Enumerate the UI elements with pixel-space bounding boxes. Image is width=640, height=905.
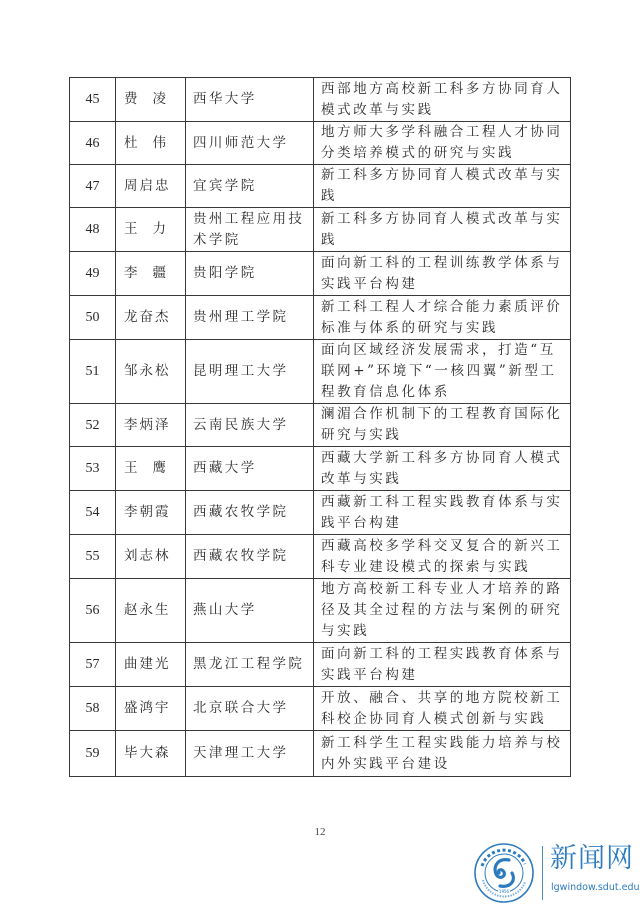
row-number: 55	[70, 535, 116, 579]
table-row: 51 邹永松 昆明理工大学 面向区域经济发展需求，打造“互联网+”环境下“一核四…	[70, 340, 571, 404]
svg-text:1956: 1956	[499, 889, 510, 894]
table-row: 50 龙奋杰 贵州理工学院 新工科工程人才综合能力素质评价标准与体系的研究与实践	[70, 296, 571, 340]
person-name: 费凌	[116, 78, 186, 122]
person-name: 李朝霞	[116, 491, 186, 535]
table-row: 47 周启忠 宜宾学院 新工科多方协同育人模式改革与实践	[70, 165, 571, 208]
person-name: 毕大森	[116, 731, 186, 777]
school-name: 贵州理工学院	[186, 296, 314, 340]
project-title: 西部地方高校新工科多方协同育人模式改革与实践	[314, 78, 571, 122]
person-name: 王鹰	[116, 447, 186, 491]
table-row: 46 杜伟 四川师范大学 地方师大多学科融合工程人才协同分类培养模式的研究与实践	[70, 122, 571, 165]
person-name: 李疆	[116, 252, 186, 296]
project-title: 西藏新工科工程实践教育体系与实践平台构建	[314, 491, 571, 535]
project-title: 面向区域经济发展需求，打造“互联网+”环境下“一核四翼”新型工程教育信息化体系	[314, 340, 571, 404]
table-row: 52 李炳泽 云南民族大学 澜湄合作机制下的工程教育国际化研究与实践	[70, 404, 571, 447]
person-name: 刘志林	[116, 535, 186, 579]
table-row: 56 赵永生 燕山大学 地方高校新工科专业人才培养的路径及其全过程的方法与案例的…	[70, 579, 571, 643]
project-title: 新工科多方协同育人模式改革与实践	[314, 165, 571, 208]
person-name: 龙奋杰	[116, 296, 186, 340]
table-row: 59 毕大森 天津理工大学 新工科学生工程实践能力培养与校内外实践平台建设	[70, 731, 571, 777]
row-number: 49	[70, 252, 116, 296]
project-title: 新工科多方协同育人模式改革与实践	[314, 208, 571, 252]
project-title: 面向新工科的工程实践教育体系与实践平台构建	[314, 643, 571, 687]
row-number: 51	[70, 340, 116, 404]
school-name: 昆明理工大学	[186, 340, 314, 404]
school-name: 四川师范大学	[186, 122, 314, 165]
person-name: 周启忠	[116, 165, 186, 208]
table-row: 49 李疆 贵阳学院 面向新工科的工程训练教学体系与实践平台构建	[70, 252, 571, 296]
school-name: 天津理工大学	[186, 731, 314, 777]
project-title: 新工科学生工程实践能力培养与校内外实践平台建设	[314, 731, 571, 777]
row-number: 46	[70, 122, 116, 165]
person-name: 曲建光	[116, 643, 186, 687]
page-number: 12	[0, 826, 640, 838]
project-title: 澜湄合作机制下的工程教育国际化研究与实践	[314, 404, 571, 447]
row-number: 48	[70, 208, 116, 252]
row-number: 54	[70, 491, 116, 535]
school-name: 燕山大学	[186, 579, 314, 643]
project-title: 面向新工科的工程训练教学体系与实践平台构建	[314, 252, 571, 296]
table-row: 54 李朝霞 西藏农牧学院 西藏新工科工程实践教育体系与实践平台构建	[70, 491, 571, 535]
person-name: 李炳泽	[116, 404, 186, 447]
school-name: 西藏农牧学院	[186, 535, 314, 579]
person-name: 杜伟	[116, 122, 186, 165]
project-title: 开放、融合、共享的地方院校新工科校企协同育人模式创新与实践	[314, 687, 571, 731]
row-number: 50	[70, 296, 116, 340]
row-number: 53	[70, 447, 116, 491]
school-name: 宜宾学院	[186, 165, 314, 208]
row-number: 57	[70, 643, 116, 687]
row-number: 59	[70, 731, 116, 777]
table-row: 48 王力 贵州工程应用技术学院 新工科多方协同育人模式改革与实践	[70, 208, 571, 252]
project-title: 西藏大学新工科多方协同育人模式改革与实践	[314, 447, 571, 491]
news-site-watermark: 1956 新闻网 lgwindow.sdut.edu.cn	[470, 842, 640, 902]
project-title: 西藏高校多学科交叉复合的新兴工科专业建设模式的探索与实践	[314, 535, 571, 579]
table-row: 57 曲建光 黑龙江工程学院 面向新工科的工程实践教育体系与实践平台构建	[70, 643, 571, 687]
news-site-brand: 新闻网	[550, 843, 634, 875]
school-name: 贵阳学院	[186, 252, 314, 296]
school-name: 西藏农牧学院	[186, 491, 314, 535]
row-number: 45	[70, 78, 116, 122]
person-name: 邹永松	[116, 340, 186, 404]
table-row: 58 盛鸿宇 北京联合大学 开放、融合、共享的地方院校新工科校企协同育人模式创新…	[70, 687, 571, 731]
table-row: 53 王鹰 西藏大学 西藏大学新工科多方协同育人模式改革与实践	[70, 447, 571, 491]
school-name: 贵州工程应用技术学院	[186, 208, 314, 252]
document-page: 45 费凌 西华大学 西部地方高校新工科多方协同育人模式改革与实践 46 杜伟 …	[0, 0, 640, 905]
project-title: 地方高校新工科专业人才培养的路径及其全过程的方法与案例的研究与实践	[314, 579, 571, 643]
person-name: 盛鸿宇	[116, 687, 186, 731]
row-number: 56	[70, 579, 116, 643]
school-name: 西华大学	[186, 78, 314, 122]
project-list-table: 45 费凌 西华大学 西部地方高校新工科多方协同育人模式改革与实践 46 杜伟 …	[69, 77, 571, 777]
person-name: 赵永生	[116, 579, 186, 643]
person-name: 王力	[116, 208, 186, 252]
school-name: 黑龙江工程学院	[186, 643, 314, 687]
row-number: 52	[70, 404, 116, 447]
row-number: 47	[70, 165, 116, 208]
university-emblem-icon: 1956	[473, 842, 535, 904]
logo-divider	[542, 846, 543, 900]
table-row: 45 费凌 西华大学 西部地方高校新工科多方协同育人模式改革与实践	[70, 78, 571, 122]
project-title: 新工科工程人才综合能力素质评价标准与体系的研究与实践	[314, 296, 571, 340]
news-site-url: lgwindow.sdut.edu.cn	[551, 882, 640, 893]
row-number: 58	[70, 687, 116, 731]
school-name: 北京联合大学	[186, 687, 314, 731]
project-title: 地方师大多学科融合工程人才协同分类培养模式的研究与实践	[314, 122, 571, 165]
school-name: 西藏大学	[186, 447, 314, 491]
school-name: 云南民族大学	[186, 404, 314, 447]
table-row: 55 刘志林 西藏农牧学院 西藏高校多学科交叉复合的新兴工科专业建设模式的探索与…	[70, 535, 571, 579]
